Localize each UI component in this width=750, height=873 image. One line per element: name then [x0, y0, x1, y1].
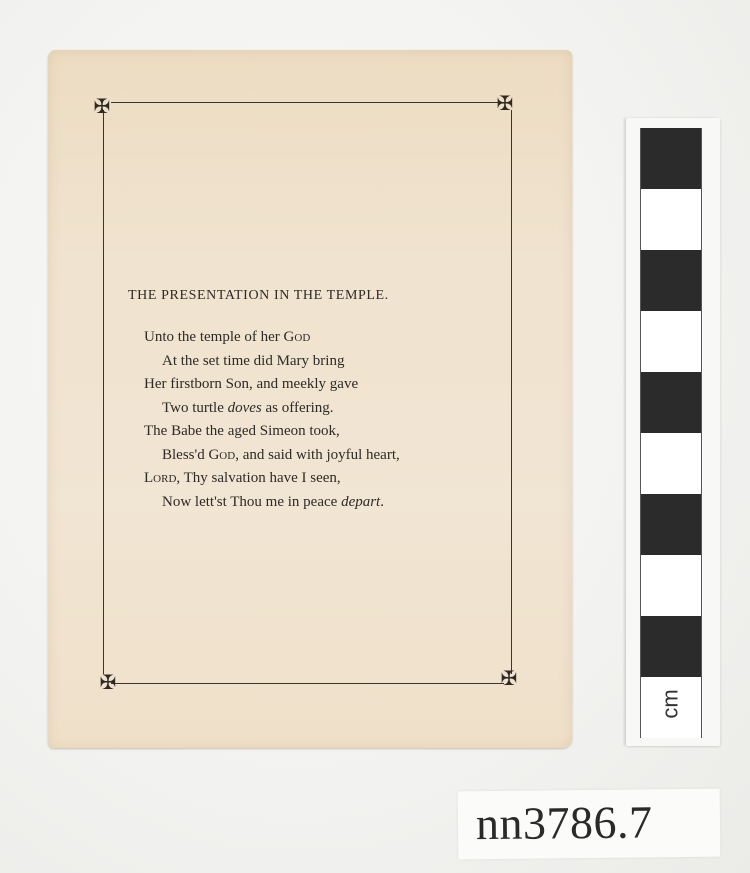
poem-line: Her firstborn Son, and meekly gave — [144, 373, 524, 397]
poem-text: Unto the temple of her — [144, 329, 284, 345]
poem-line: Lord, Thy salvation have I seen, — [144, 467, 524, 491]
scale-segment-black — [641, 616, 701, 677]
centimeter-scale-bar: cm — [626, 118, 720, 746]
poem-line: Two turtle doves as offering. — [144, 397, 524, 421]
scale-segment-white — [641, 311, 701, 372]
scale-segment-black — [641, 250, 701, 311]
devotional-card: ✠ ✠ ✠ ✠ THE PRESENTATION IN THE TEMPLE. … — [48, 50, 572, 748]
poem-text: as offering. — [262, 400, 334, 416]
cross-pattee-icon: ✠ — [92, 96, 112, 116]
scale-segment-white — [641, 189, 701, 250]
poem-line: Unto the temple of her God — [144, 326, 524, 350]
italic-word: depart — [341, 494, 380, 510]
poem-text: , and said with joyful heart, — [235, 447, 400, 463]
cross-pattee-icon: ✠ — [499, 668, 519, 688]
poem-text: Bless'd — [162, 447, 208, 463]
small-caps-word: God — [208, 447, 235, 463]
small-caps-word: Lord — [144, 470, 176, 486]
scale-unit-label: cm — [641, 679, 701, 729]
poem-text: Now lett'st Thou me in peace — [162, 494, 341, 510]
small-caps-word: God — [284, 329, 311, 345]
catalog-number-label: nn3786.7 — [458, 789, 721, 860]
poem-text: , Thy salvation have I seen, — [176, 470, 340, 486]
scale-bar-segments: cm — [640, 128, 702, 738]
poem-line: Bless'd God, and said with joyful heart, — [144, 444, 524, 468]
poem-text: The Babe the aged Simeon took, — [144, 423, 340, 439]
frame-line-top — [111, 102, 500, 103]
poem-body: Unto the temple of her GodAt the set tim… — [144, 326, 524, 514]
cross-pattee-icon: ✠ — [495, 93, 515, 113]
scale-segment-white — [641, 433, 701, 494]
poem-text: . — [380, 494, 384, 510]
poem-line: At the set time did Mary bring — [144, 350, 524, 374]
poem-line: Now lett'st Thou me in peace depart. — [144, 491, 524, 515]
italic-word: doves — [228, 400, 262, 416]
frame-line-bottom — [111, 683, 504, 684]
poem-line: The Babe the aged Simeon took, — [144, 420, 524, 444]
cross-pattee-icon: ✠ — [98, 672, 118, 692]
cm-text: cm — [658, 689, 684, 718]
poem-text: Her firstborn Son, and meekly gave — [144, 376, 358, 392]
scale-segment-black — [641, 494, 701, 555]
poem-title: THE PRESENTATION IN THE TEMPLE. — [128, 288, 508, 304]
catalog-number: nn3786.7 — [476, 795, 653, 850]
scale-segment-white — [641, 555, 701, 616]
frame-line-left — [103, 110, 104, 674]
scale-segment-black — [641, 128, 701, 189]
scale-segment-black — [641, 372, 701, 433]
poem-text: Two turtle — [162, 400, 228, 416]
poem-text: At the set time did Mary bring — [162, 353, 344, 369]
